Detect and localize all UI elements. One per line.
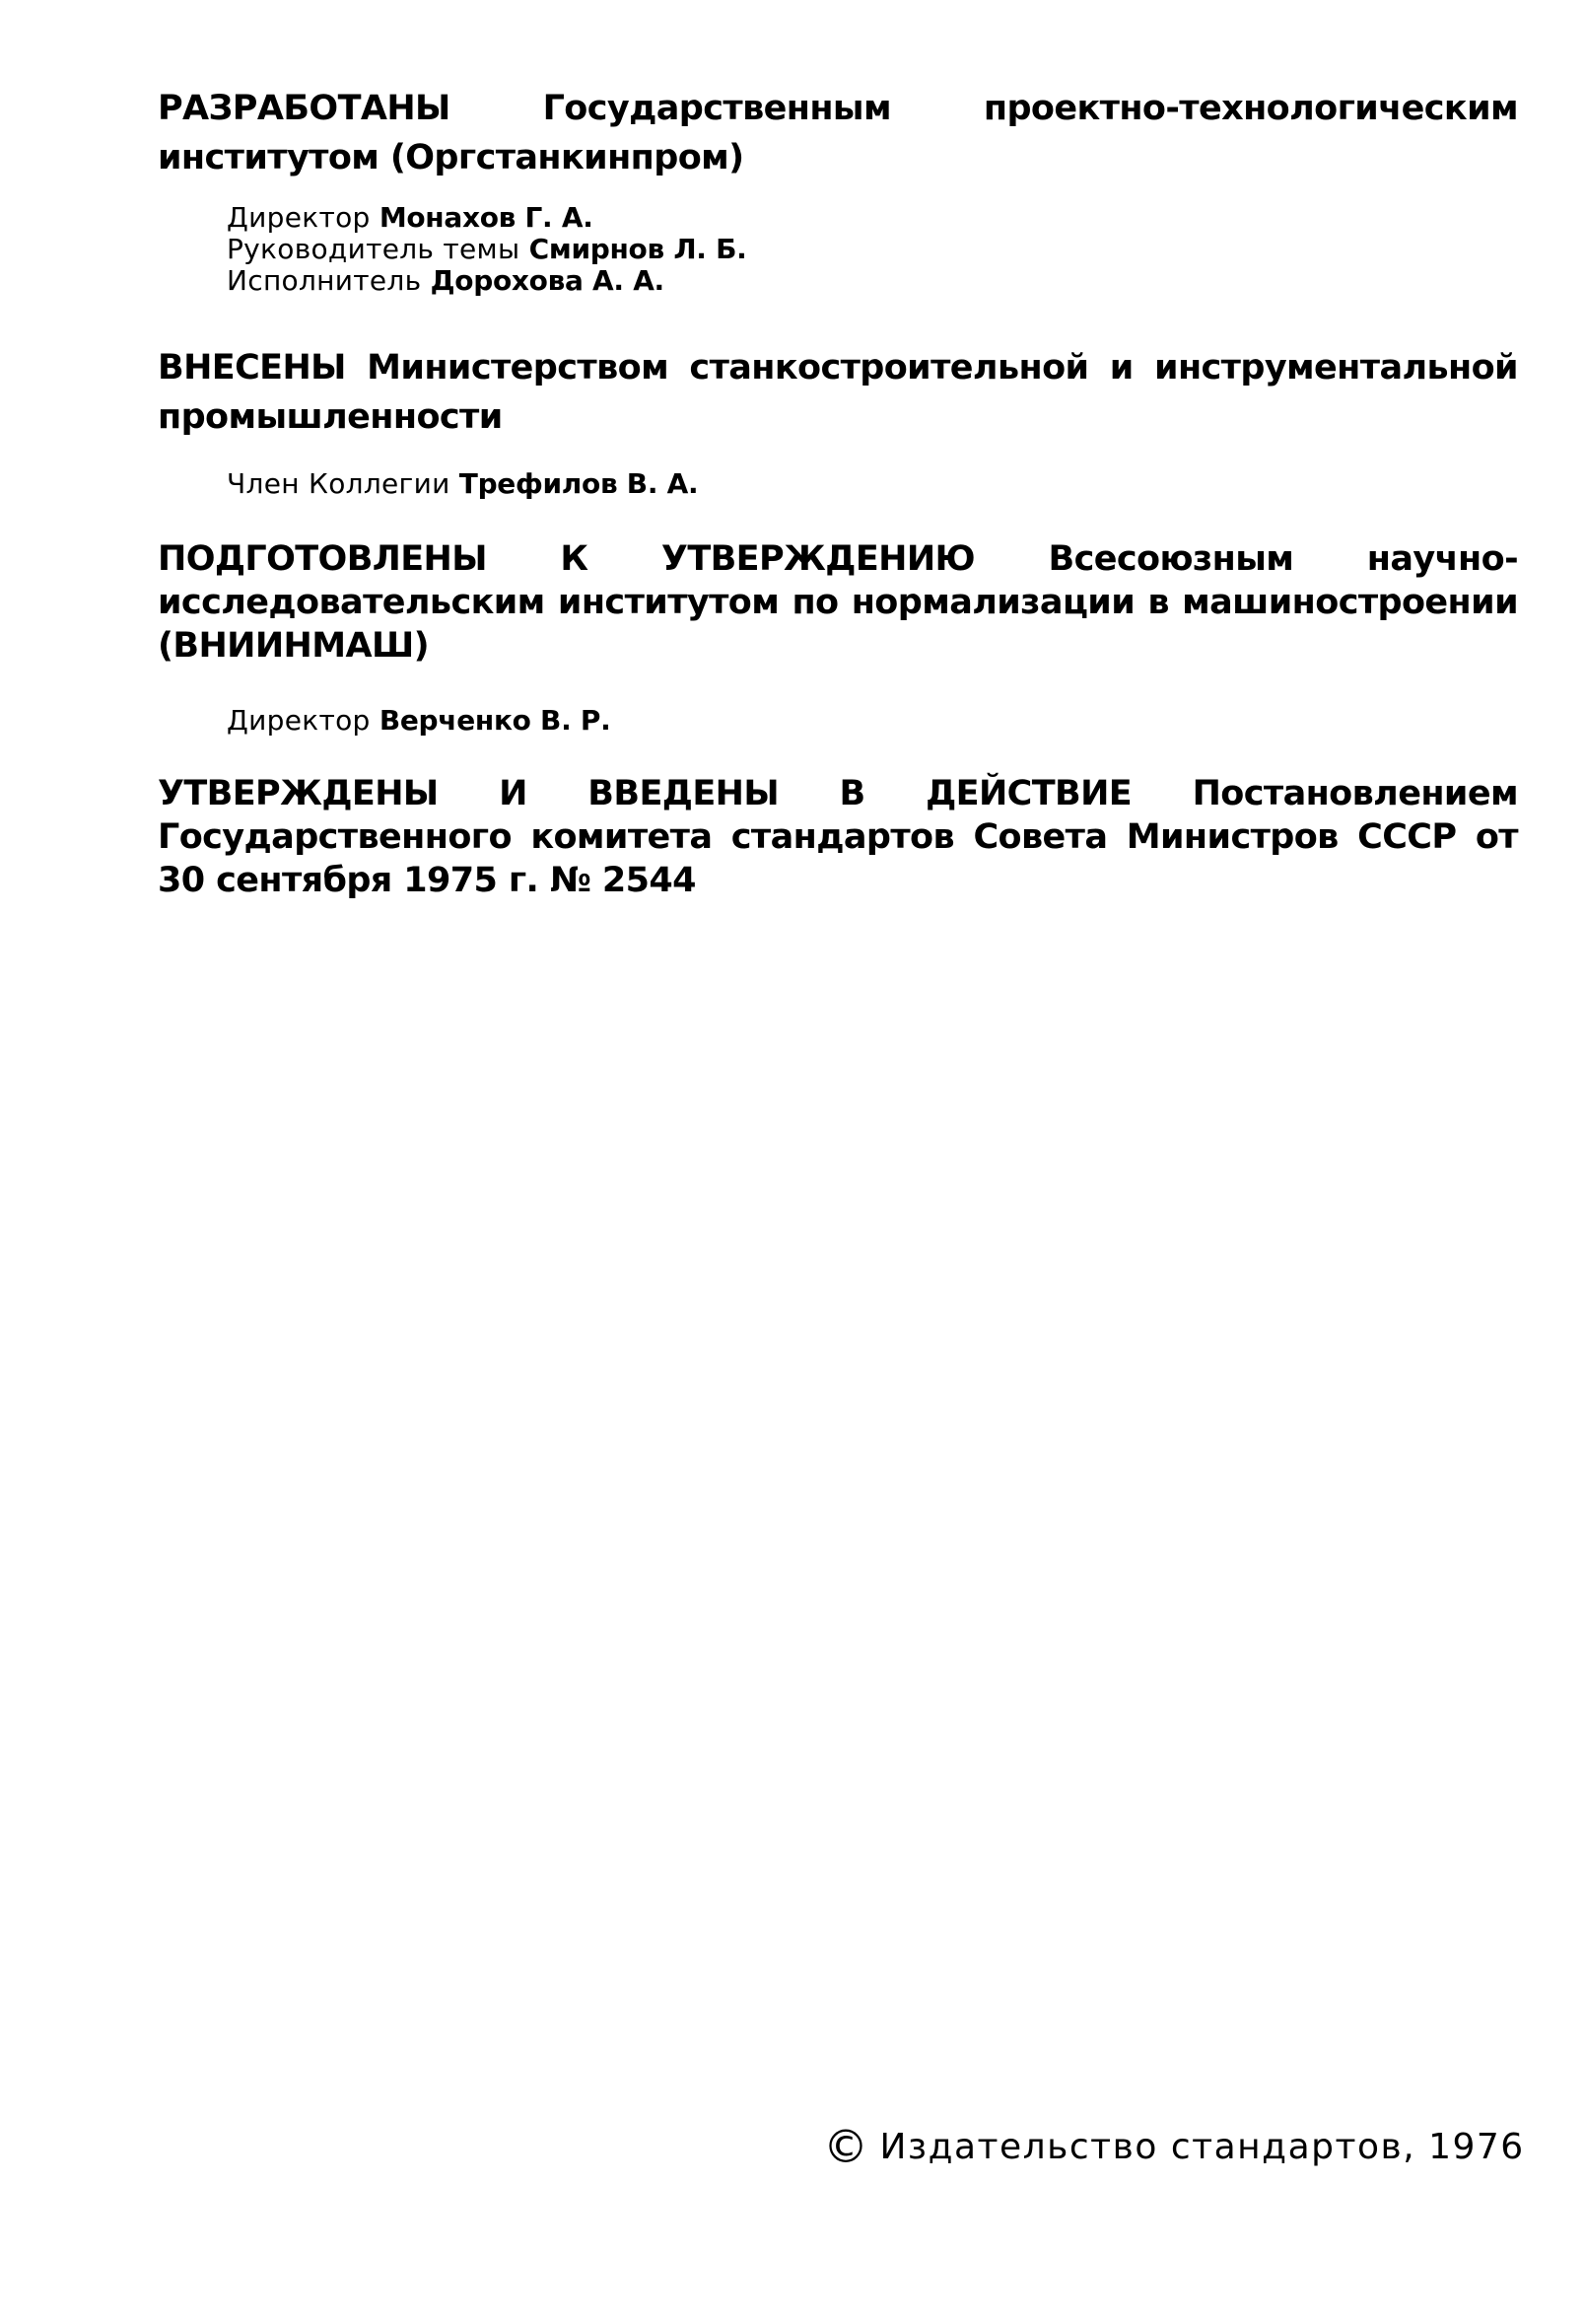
person-role: Директор: [227, 201, 371, 234]
section-prepared: ПОДГОТОВЛЕНЫ К УТВЕРЖДЕНИЮ Всесоюзным на…: [158, 537, 1518, 668]
section-lead: РАЗРАБОТАНЫ: [158, 89, 450, 128]
section-text: Министерством станкостроительной и инстр…: [158, 348, 1518, 437]
person-role: Исполнитель: [227, 264, 421, 297]
person-role: Директор: [227, 704, 371, 737]
person-name: Верченко В. Р.: [379, 704, 611, 737]
person-name: Монахов Г. А.: [379, 201, 593, 234]
person-role: Член Коллегии: [227, 467, 450, 500]
copyright-icon: ©: [823, 2120, 870, 2173]
person-name: Трефилов В. А.: [459, 467, 699, 500]
section-lead: ВНЕСЕНЫ: [158, 348, 346, 387]
person-role: Руководитель темы: [227, 233, 519, 265]
copyright-footer: ©Издательство стандартов, 1976: [823, 2120, 1525, 2173]
section-lead: УТВЕРЖДЕНЫ И ВВЕДЕНЫ В ДЕЙСТВИЕ: [158, 774, 1132, 813]
person-name: Смирнов Л. Б.: [529, 233, 747, 265]
person-line: Исполнитель Дорохова А. А.: [227, 265, 664, 296]
section-submitted: ВНЕСЕНЫ Министерством станкостроительной…: [158, 343, 1518, 442]
person-name: Дорохова А. А.: [431, 264, 664, 297]
person-line: Директор Монахов Г. А.: [227, 202, 593, 233]
section-approved: УТВЕРЖДЕНЫ И ВВЕДЕНЫ В ДЕЙСТВИЕ Постанов…: [158, 772, 1518, 902]
publisher-text: Издательство стандартов, 1976: [880, 2127, 1525, 2167]
section-lead: ПОДГОТОВЛЕНЫ К УТВЕРЖДЕНИЮ: [158, 539, 975, 579]
person-line: Член Коллегии Трефилов В. А.: [227, 468, 698, 499]
section-developed: РАЗРАБОТАНЫ Государственным проектно-тех…: [158, 84, 1518, 182]
person-line: Директор Верченко В. Р.: [227, 705, 610, 736]
person-line: Руководитель темы Смирнов Л. Б.: [227, 234, 746, 264]
